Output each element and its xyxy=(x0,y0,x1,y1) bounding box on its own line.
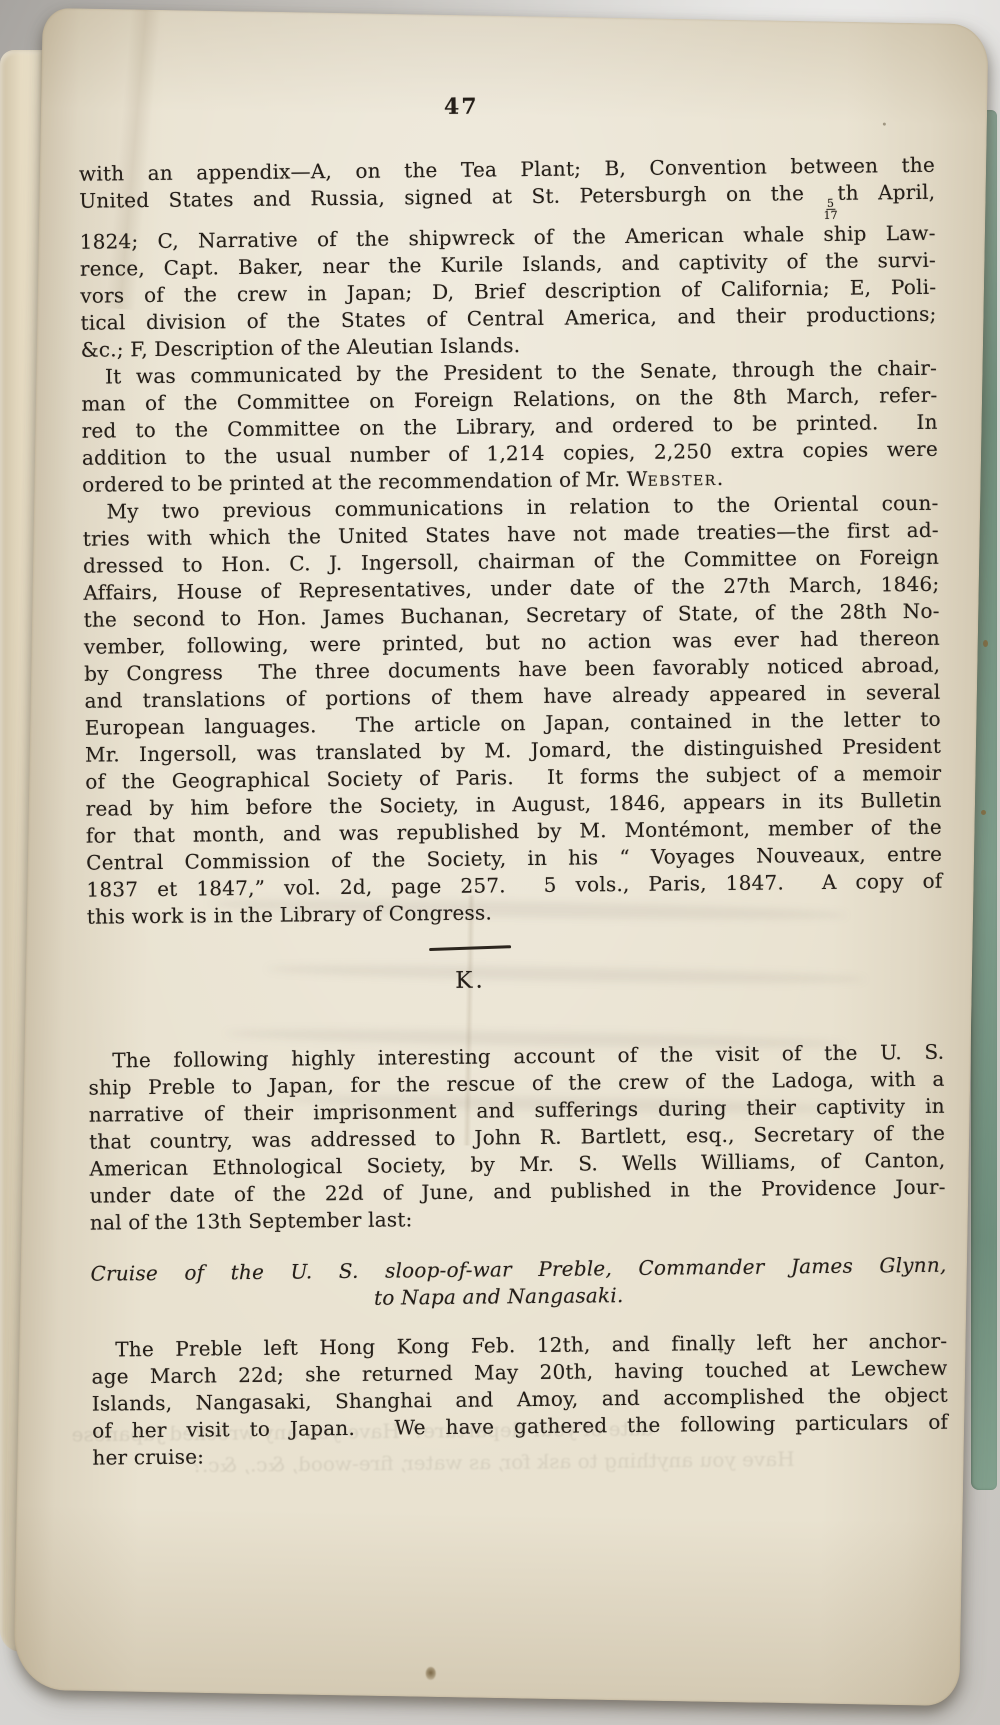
section-letter-k: K. xyxy=(42,961,898,1000)
paragraph-appendix-list: with an appendix—A, on the Tea Plant; B,… xyxy=(79,152,937,364)
paper-speck xyxy=(719,1350,722,1353)
paragraph-account-intro: The following highly interesting account… xyxy=(88,1039,946,1237)
cover-wear-fleck xyxy=(983,640,988,647)
paragraph-communicated-to-senate: It was communicated by the President to … xyxy=(81,355,938,499)
book-page: date of your departure? Have you any wre… xyxy=(13,8,988,1706)
cruise-heading: Cruise of the U. S. sloop-of-war Preble,… xyxy=(90,1252,947,1315)
foxing-spot xyxy=(426,1667,436,1680)
printed-text-block: 47 with an appendix—A, on the Tea Plant;… xyxy=(78,88,948,1472)
photo-background: date of your departure? Have you any wre… xyxy=(0,0,1000,1725)
paragraph-preble-cruise: The Preble left Hong Kong Feb. 12th, and… xyxy=(91,1328,948,1472)
paragraph-previous-communications: My two previous communications in relati… xyxy=(82,490,942,931)
cover-wear-fleck xyxy=(981,810,986,815)
paper-speck xyxy=(883,123,886,126)
section-divider-rule xyxy=(429,945,511,951)
page-number: 47 xyxy=(33,88,889,125)
